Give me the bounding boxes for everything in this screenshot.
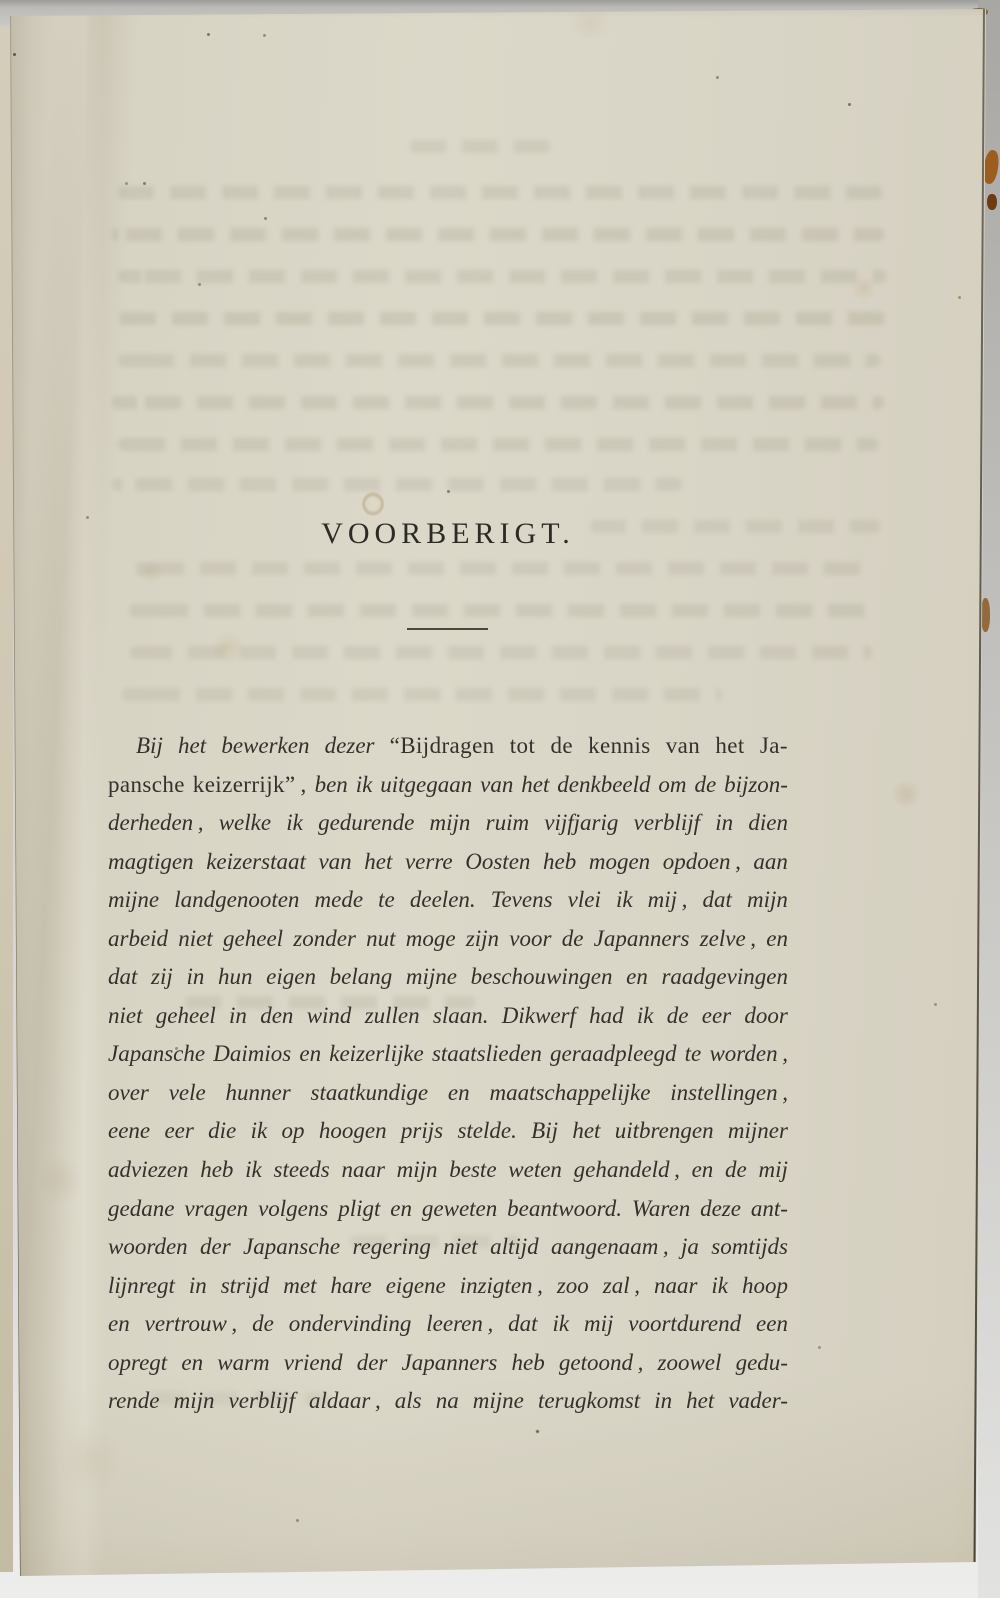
word: door xyxy=(744,997,787,1036)
word: die xyxy=(208,1112,236,1151)
word: mogen xyxy=(589,843,650,882)
stain xyxy=(60,1420,120,1500)
word: verre xyxy=(405,843,453,882)
stain xyxy=(565,8,615,38)
word: ik xyxy=(616,881,633,920)
word: naar xyxy=(341,1151,384,1190)
word: dat xyxy=(508,1305,537,1344)
word: als xyxy=(395,1382,422,1421)
word: na xyxy=(436,1382,459,1421)
word: met xyxy=(283,1267,316,1306)
word: magtigen xyxy=(108,843,194,882)
word: vlei xyxy=(568,881,601,920)
word: eigene xyxy=(386,1267,446,1306)
word: volgens xyxy=(258,1190,328,1229)
word: Oosten xyxy=(465,843,530,882)
word: der xyxy=(357,1344,388,1383)
word: van xyxy=(480,766,513,805)
word: te xyxy=(685,1035,702,1074)
word: keizerrijk” , xyxy=(193,766,307,805)
word: hoop xyxy=(742,1267,788,1306)
word: moge xyxy=(406,920,456,959)
word: “Bijdragen xyxy=(390,727,495,766)
stain xyxy=(40,1150,80,1210)
word: Bij xyxy=(136,727,163,766)
word: niet xyxy=(108,997,143,1036)
word: Daimios xyxy=(213,1035,291,1074)
word: zij xyxy=(151,958,173,997)
word: landgenooten xyxy=(174,881,299,920)
word: ik xyxy=(711,1267,728,1306)
word: beantwoord. xyxy=(507,1190,622,1229)
word: in xyxy=(186,958,204,997)
word: de xyxy=(667,997,689,1036)
text-line: overvelehunnerstaatkundigeenmaatschappel… xyxy=(108,1074,788,1113)
word: strijd xyxy=(221,1267,270,1306)
word: regering xyxy=(352,1228,430,1267)
word: zijn xyxy=(466,920,499,959)
word: beste xyxy=(449,1151,496,1190)
word: mijn xyxy=(430,804,471,843)
word: in xyxy=(715,804,733,843)
page-title: VOORBERIGT. xyxy=(108,519,788,549)
word: zal , xyxy=(603,1267,640,1306)
bleed-through-line xyxy=(112,228,884,241)
text-line: gedanevragenvolgenspligtengewetenbeantwo… xyxy=(108,1190,788,1229)
word: verblijf xyxy=(634,804,700,843)
word: keizerlijke xyxy=(329,1035,424,1074)
word: het xyxy=(521,766,549,805)
bleed-through-line xyxy=(112,312,887,325)
word: nut xyxy=(366,920,395,959)
stain xyxy=(137,559,163,585)
word: den xyxy=(260,997,293,1036)
word: het xyxy=(715,727,744,766)
word: uitgegaan xyxy=(380,766,472,805)
word: ja xyxy=(681,1228,699,1267)
word: dezer xyxy=(325,727,375,766)
word: Japansche xyxy=(108,1035,205,1074)
word: ant- xyxy=(751,1190,788,1229)
word: uitbrengen xyxy=(615,1112,714,1151)
word: vader- xyxy=(728,1382,788,1421)
word: geheel xyxy=(223,920,283,959)
word: ruim xyxy=(486,804,529,843)
text-line: lijnregtinstrijdmethareeigeneinzigten ,z… xyxy=(108,1267,788,1306)
word: tot xyxy=(510,727,535,766)
word: heb xyxy=(200,1151,233,1190)
word: en xyxy=(766,920,788,959)
word: beschouwingen xyxy=(471,958,613,997)
bleed-through-line xyxy=(112,478,682,491)
word: het xyxy=(178,727,206,766)
word: van xyxy=(666,727,700,766)
word: Bij xyxy=(531,1112,558,1151)
word: en xyxy=(108,1305,130,1344)
stain xyxy=(211,631,245,665)
word: vragen xyxy=(184,1190,248,1229)
word: en xyxy=(181,1344,203,1383)
word: eene xyxy=(108,1112,150,1151)
word: vele xyxy=(169,1074,206,1113)
word: adviezen xyxy=(108,1151,188,1190)
word: derheden , xyxy=(108,804,204,843)
word: heb xyxy=(512,1344,545,1383)
word: somtijds xyxy=(711,1228,788,1267)
word: het xyxy=(686,1382,714,1421)
word: een xyxy=(756,1305,788,1344)
preface-paragraph: Bijhetbewerkendezer“Bijdragentotdekennis… xyxy=(108,727,788,1421)
word: keizerstaat xyxy=(206,843,306,882)
word: leeren , xyxy=(426,1305,493,1344)
word: gedurende xyxy=(318,804,414,843)
word: Dikwerf xyxy=(502,997,576,1036)
word: mijne xyxy=(406,958,457,997)
underlying-page-edge xyxy=(0,26,13,1572)
word: terugkomst xyxy=(538,1382,640,1421)
word: geweten xyxy=(422,1190,497,1229)
text-line: arbeidnietgeheelzondernutmogezijnvoordeJ… xyxy=(108,920,788,959)
word: zonder xyxy=(293,920,356,959)
word: woorden xyxy=(108,1228,188,1267)
word: mijne xyxy=(108,881,159,920)
word: mijn xyxy=(397,1151,438,1190)
word: ik xyxy=(245,1151,262,1190)
title-rule xyxy=(407,628,488,630)
word: staatkundige xyxy=(311,1074,429,1113)
word: stelde. xyxy=(457,1112,516,1151)
text-line: rendemijnverblijfaldaar ,alsnamijneterug… xyxy=(108,1382,788,1421)
word: belang xyxy=(330,958,393,997)
word: ik xyxy=(251,1112,268,1151)
word: het xyxy=(572,1112,600,1151)
word: pligt xyxy=(338,1190,380,1229)
word: hare xyxy=(330,1267,371,1306)
word: aangenaam , xyxy=(551,1228,669,1267)
word: welke xyxy=(219,804,271,843)
word: rende xyxy=(108,1382,160,1421)
bleed-through-line xyxy=(118,186,883,199)
bleed-through-line xyxy=(118,270,886,283)
word: geheel xyxy=(156,997,216,1036)
text-line: Bijhetbewerkendezer“Bijdragentotdekennis… xyxy=(108,727,788,766)
word: denkbeeld xyxy=(557,766,650,805)
word: maatschappelijke xyxy=(489,1074,650,1113)
binding-leather-spot xyxy=(981,598,990,632)
word: zoo xyxy=(557,1267,589,1306)
stain-ring xyxy=(362,492,384,516)
word: ik xyxy=(637,997,654,1036)
word: ik xyxy=(552,1305,569,1344)
word: vriend xyxy=(284,1344,343,1383)
word: pansche xyxy=(108,766,185,805)
word: getoond , xyxy=(559,1344,643,1383)
word: warm xyxy=(217,1344,269,1383)
word: mij xyxy=(758,1151,787,1190)
word: niet xyxy=(443,1228,478,1267)
word: inzigten , xyxy=(460,1267,543,1306)
word: opregt xyxy=(108,1344,167,1383)
word: de xyxy=(694,766,716,805)
word: in xyxy=(189,1267,207,1306)
stain xyxy=(851,275,877,301)
word: van xyxy=(318,843,351,882)
word: dat xyxy=(108,958,137,997)
word: slaan. xyxy=(433,997,489,1036)
word: ondervinding xyxy=(289,1305,412,1344)
bleed-through-line xyxy=(118,354,880,367)
word: worden , xyxy=(709,1035,788,1074)
word: zelve , xyxy=(700,920,756,959)
word: en xyxy=(692,1151,714,1190)
word: kennis xyxy=(588,727,650,766)
text-line: JapanscheDaimiosenkeizerlijkestaatsliede… xyxy=(108,1035,788,1074)
word: zullen xyxy=(365,997,420,1036)
text-line: magtigenkeizerstaatvanhetverreOostenhebm… xyxy=(108,843,788,882)
bleed-through-line xyxy=(410,140,550,153)
word: staatslieden xyxy=(432,1035,542,1074)
word: mij xyxy=(584,1305,613,1344)
word: in xyxy=(654,1382,672,1421)
word: heb xyxy=(543,843,576,882)
book-page: VOORBERIGT. Bijhetbewerkendezer“Bijdrage… xyxy=(0,0,1000,1598)
text-line: panschekeizerrijk” ,benikuitgegaanvanhet… xyxy=(108,766,788,805)
word: Japanners xyxy=(594,920,690,959)
word: gehandeld , xyxy=(574,1151,680,1190)
word: vijfjarig xyxy=(544,804,618,843)
word: en xyxy=(448,1074,470,1113)
word: op xyxy=(282,1112,305,1151)
text-line: woordenderJapanscheregeringnietaltijdaan… xyxy=(108,1228,788,1267)
stain xyxy=(891,777,921,811)
word: bijzon- xyxy=(724,766,788,805)
text-line: adviezenhebiksteedsnaarmijnbestewetengeh… xyxy=(108,1151,788,1190)
word: arbeid xyxy=(108,920,168,959)
word: der xyxy=(200,1228,231,1267)
word: om xyxy=(658,766,686,805)
binding-leather-spot xyxy=(987,194,997,210)
word: deze xyxy=(700,1190,741,1229)
text-line: mijnelandgenootenmedetedeelen.Tevensvlei… xyxy=(108,881,788,920)
word: niet xyxy=(178,920,213,959)
word: dien xyxy=(748,804,788,843)
word: gedane xyxy=(108,1190,174,1229)
word: dat xyxy=(703,881,732,920)
bleed-through-line xyxy=(112,396,884,409)
word: verblijf xyxy=(229,1382,295,1421)
word: wind xyxy=(307,997,352,1036)
word: prijs xyxy=(401,1112,443,1151)
word: naar xyxy=(654,1267,697,1306)
text-line: envertrouw ,deondervindingleeren ,datikm… xyxy=(108,1305,788,1344)
word: Japansche xyxy=(243,1228,340,1267)
word: mijner xyxy=(728,1112,788,1151)
word: voortdurend xyxy=(628,1305,741,1344)
word: zoowel xyxy=(658,1344,722,1383)
word: bewerken xyxy=(221,727,309,766)
word: instellingen , xyxy=(670,1074,788,1113)
word: en xyxy=(626,958,648,997)
word: altijd xyxy=(490,1228,539,1267)
word: de xyxy=(562,920,584,959)
word: mede xyxy=(315,881,364,920)
word: eer xyxy=(702,997,731,1036)
word: had xyxy=(589,997,624,1036)
word: vertrouw , xyxy=(145,1305,238,1344)
word: de xyxy=(725,1151,747,1190)
word: hunner xyxy=(226,1074,291,1113)
word: voor xyxy=(509,920,551,959)
bleed-through-line xyxy=(130,562,870,575)
word: Ja- xyxy=(760,727,788,766)
text-line: opregtenwarmvriendderJapannershebgetoond… xyxy=(108,1344,788,1383)
word: hoogen xyxy=(319,1112,387,1151)
text-line: nietgeheelindenwindzullenslaan.Dikwerfha… xyxy=(108,997,788,1036)
word: de xyxy=(550,727,573,766)
word: mijne xyxy=(473,1382,524,1421)
word: hun xyxy=(218,958,253,997)
word: in xyxy=(229,997,247,1036)
word: het xyxy=(364,843,392,882)
word: Tevens xyxy=(491,881,553,920)
text-line: datzijinhuneigenbelangmijnebeschouwingen… xyxy=(108,958,788,997)
bleed-through-line xyxy=(118,438,878,451)
word: eer xyxy=(164,1112,193,1151)
word: opdoen , xyxy=(663,843,741,882)
word: aan xyxy=(753,843,788,882)
bleed-through-line xyxy=(122,688,722,701)
word: deelen. xyxy=(410,881,476,920)
word: de xyxy=(252,1305,274,1344)
word: Waren xyxy=(632,1190,690,1229)
word: steeds xyxy=(274,1151,330,1190)
word: geraadpleegd xyxy=(550,1035,676,1074)
word: eigen xyxy=(266,958,316,997)
word: weten xyxy=(508,1151,562,1190)
word: en xyxy=(299,1035,321,1074)
word: en xyxy=(390,1190,412,1229)
word: aldaar , xyxy=(309,1382,381,1421)
word: mijn xyxy=(747,881,788,920)
word: over xyxy=(108,1074,149,1113)
word: gedu- xyxy=(736,1344,788,1383)
word: ik xyxy=(286,804,303,843)
text-line: derheden ,welkeikgedurendemijnruimvijfja… xyxy=(108,804,788,843)
word: mijn xyxy=(174,1382,215,1421)
word: lijnregt xyxy=(108,1267,175,1306)
word: Japanners xyxy=(402,1344,498,1383)
word: raadgevingen xyxy=(661,958,787,997)
word: mij , xyxy=(648,881,688,920)
word: te xyxy=(378,881,395,920)
text-line: eeneeerdieikophoogenprijsstelde.Bijhetui… xyxy=(108,1112,788,1151)
word: ben xyxy=(315,766,348,805)
bleed-through-line xyxy=(122,604,872,617)
word: ik xyxy=(356,766,373,805)
